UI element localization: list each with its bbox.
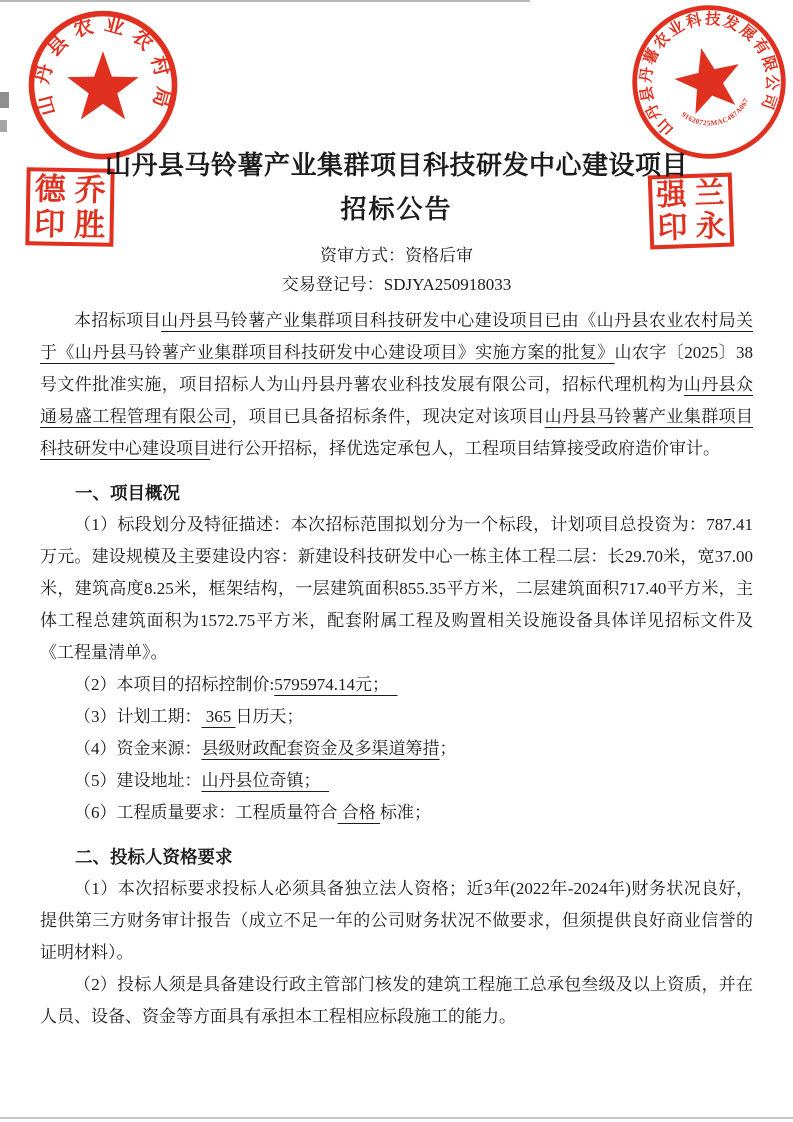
square-name-seal-lan-yongqiang: 强 兰 印 永 <box>648 173 735 250</box>
underlined-text-run: 合格 <box>338 803 381 822</box>
text-run: ； <box>440 739 457 758</box>
text-run: 日历天； <box>236 707 304 726</box>
star-icon <box>67 51 139 119</box>
round-seal-graphic: 山丹县农业农村局 <box>22 6 184 166</box>
section-1-item-2: （2）本项目的招标控制价:5795974.14元； <box>40 669 753 701</box>
round-seal-credit-code: 91620725MAC487A067 <box>679 96 755 135</box>
text-run: （2）投标人须是具备建设行政主管部门核发的建筑工程施工总承包叁级及以上资质，并在… <box>40 975 753 1026</box>
review-method-line: 资审方式：资格后审 <box>40 242 753 270</box>
section-1-item-3: （3）计划工期： 365 日历天； <box>40 701 753 733</box>
section-1-item-1: （1）标段划分及特征描述：本次招标范围拟划分为一个标段，计划项目总投资为：787… <box>40 509 753 669</box>
seal-char: 印 <box>34 208 66 240</box>
text-run: （2）本项目的招标控制价: <box>74 675 274 694</box>
section-1-item-5: （5）建设地址：山丹县位奇镇； <box>40 765 753 797</box>
text-run: ，项目已具备招标条件，现决定对该项目 <box>231 407 544 426</box>
document-page: 山丹县马铃薯产业集群项目科技研发中心建设项目 招标公告 资审方式：资格后审 交易… <box>0 0 793 1122</box>
underlined-text-run: 365 <box>202 707 236 726</box>
seal-char: 胜 <box>74 209 106 241</box>
registration-number-line: 交易登记号：SDJYA250918033 <box>40 270 753 300</box>
text-run: 本招标项目 <box>74 311 161 330</box>
text-run: 进行公开招标，择优选定承包人，工程项目结算接受政府造价审计。 <box>210 439 720 458</box>
text-run: （5）建设地址： <box>74 771 202 790</box>
section-2-item-2: （2）投标人须是具备建设行政主管部门核发的建筑工程施工总承包叁级及以上资质，并在… <box>40 969 753 1033</box>
text-run: （6）工程质量要求：工程质量符合 <box>74 803 338 822</box>
document-subtitle: 招标公告 <box>40 192 753 228</box>
svg-text:91620725MAC487A067: 91620725MAC487A067 <box>679 96 755 135</box>
seal-char: 永 <box>695 211 726 242</box>
section-1-heading: 一、项目概况 <box>40 477 753 509</box>
intro-paragraph: 本招标项目山丹县马铃薯产业集群项目科技研发中心建设项目已由《山丹县农业农村局关于… <box>40 305 753 465</box>
section-1-item-6: （6）工程质量要求：工程质量符合 合格 标准； <box>40 797 753 829</box>
seal-char: 乔 <box>75 174 107 206</box>
square-name-seal-qiao-desheng: 德 乔 印 胜 <box>25 167 114 247</box>
star-icon <box>669 41 747 117</box>
section-1-item-4: （4）资金来源：县级财政配套资金及多渠道筹措； <box>40 733 753 765</box>
section-2-item-1: （1）本次招标要求投标人必须具备独立法人资格；近3年(2022年-2024年)财… <box>40 873 753 969</box>
text-run: （1）本次招标要求投标人必须具备独立法人资格；近3年(2022年-2024年)财… <box>40 879 753 962</box>
underlined-text-run: 山丹县位奇镇； <box>202 771 330 790</box>
underlined-text-run: 县级财政配套资金及多渠道筹措 <box>202 739 440 758</box>
text-run: （4）资金来源： <box>74 739 202 758</box>
scan-edge-bottom <box>0 1117 793 1119</box>
text-run: （3）计划工期： <box>74 707 202 726</box>
seal-char: 强 <box>656 180 687 211</box>
official-round-seal-agriculture-bureau: 山丹县农业农村局 <box>22 6 184 166</box>
seal-char: 兰 <box>694 178 725 209</box>
section-2-heading: 二、投标人资格要求 <box>40 841 753 873</box>
underlined-text-run: 5795974.14元； <box>274 675 397 694</box>
seal-char: 德 <box>35 173 67 205</box>
seal-char: 印 <box>657 213 688 244</box>
text-run: 标准； <box>380 803 431 822</box>
text-run: （1）标段划分及特征描述：本次招标范围拟划分为一个标段，计划项目总投资为：787… <box>40 515 753 662</box>
